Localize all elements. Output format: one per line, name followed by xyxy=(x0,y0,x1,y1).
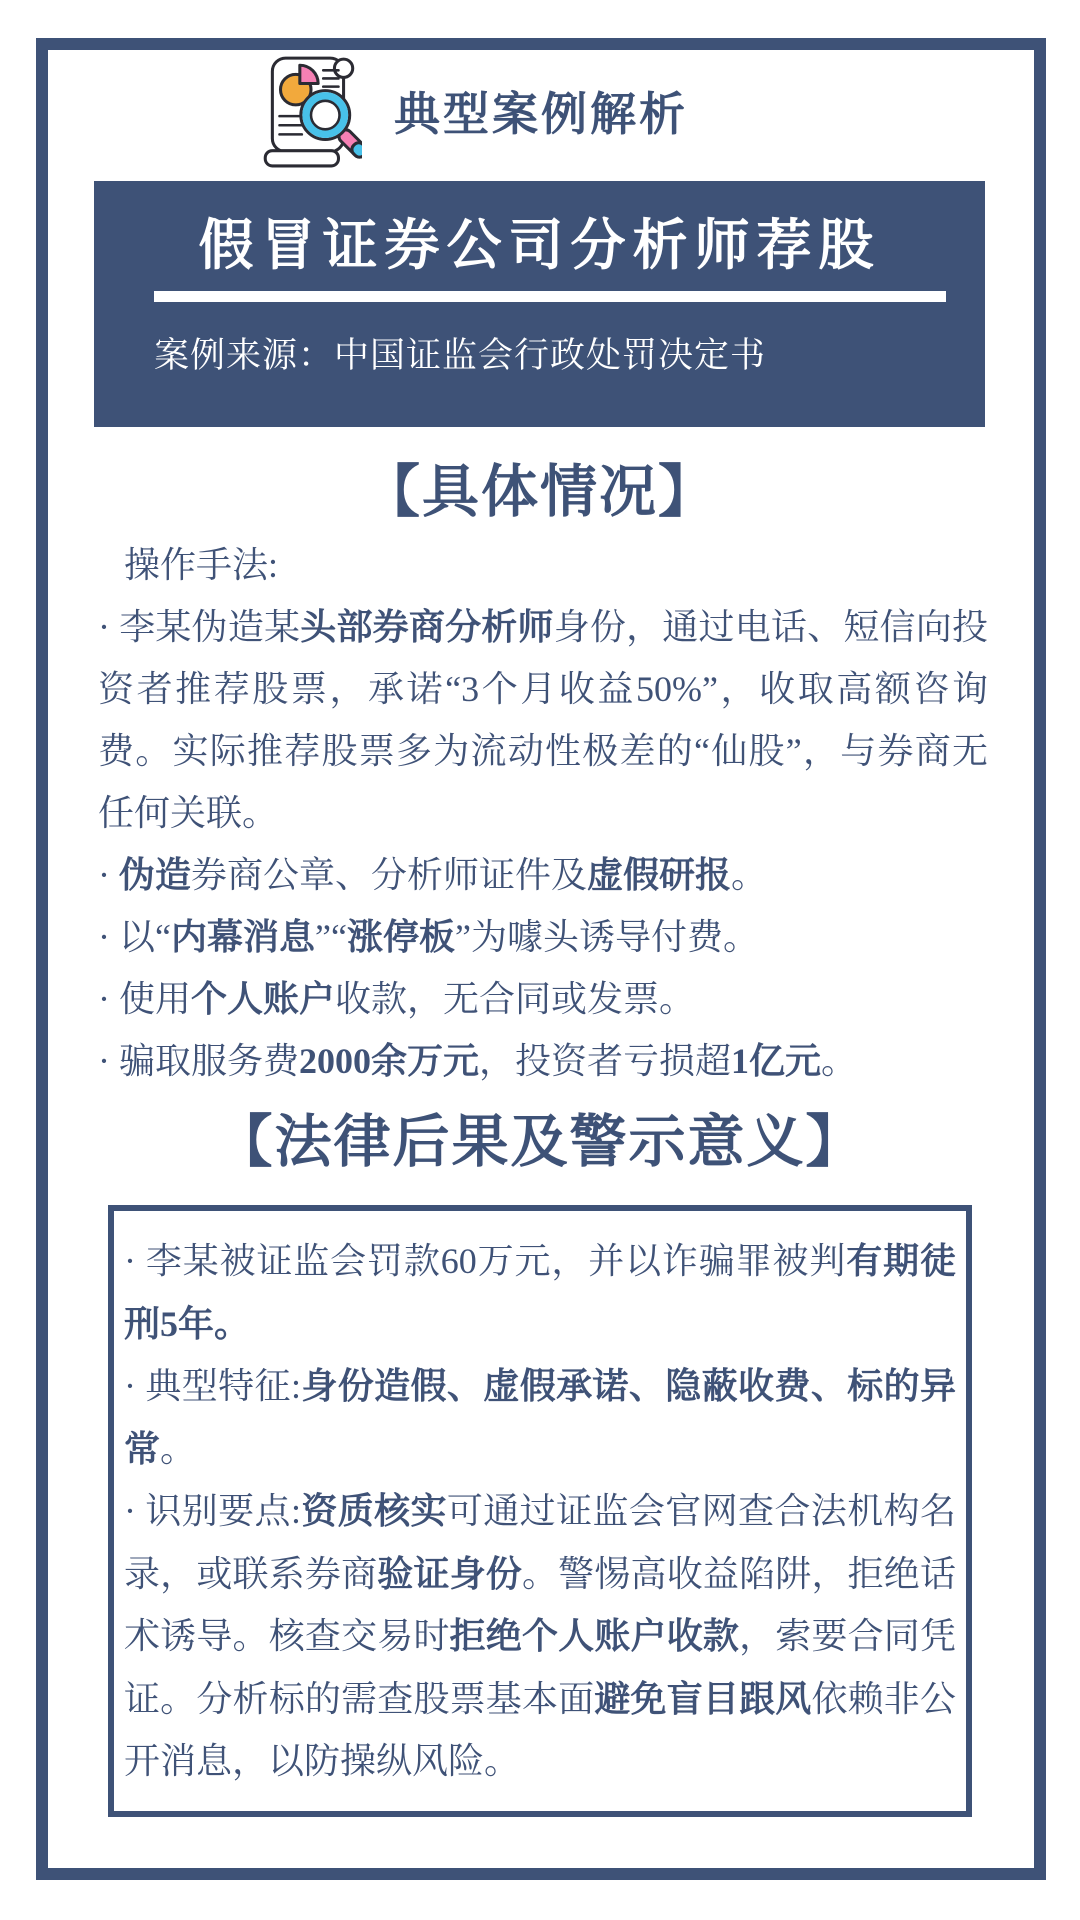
legal-box: · 李某被证监会罚款60万元，并以诈骗罪被判有期徒刑5年。 · 典型特征:身份造… xyxy=(108,1205,972,1817)
details-bullet-payment: · 使用个人账户收款，无合同或发票。 xyxy=(98,968,988,1030)
case-source: 案例来源：中国证监会行政处罚决定书 xyxy=(154,328,766,378)
legal-bullet-penalty: · 李某被证监会罚款60万元，并以诈骗罪被判有期徒刑5年。 xyxy=(124,1230,956,1355)
brand-title: 典型案例解析 xyxy=(394,78,688,144)
header-divider xyxy=(154,291,946,302)
details-bullet-identity: · 李某伪造某头部券商分析师身份，通过电话、短信向投资者推荐股票，承诺“3个月收… xyxy=(98,596,988,844)
case-title: 假冒证券公司分析师荐股 xyxy=(94,201,985,280)
scroll-curl xyxy=(334,59,352,77)
legal-bullet-traits: · 典型特征:身份造假、虚假承诺、隐蔽收费、标的异常。 xyxy=(124,1355,956,1480)
section-heading-legal: 【法律后果及警示意义】 xyxy=(0,1096,1080,1178)
details-bullet-losses: · 骗取服务费2000余万元，投资者亏损超1亿元。 xyxy=(98,1030,988,1092)
document-magnifier-chart-icon xyxy=(258,52,362,170)
details-intro: 操作手法: xyxy=(98,534,988,596)
brand-lockup: 典型案例解析 xyxy=(258,52,688,170)
case-header: 假冒证券公司分析师荐股 案例来源：中国证监会行政处罚决定书 xyxy=(94,181,985,427)
section-heading-details: 【具体情况】 xyxy=(0,446,1080,528)
details-bullet-bait: · 以“内幕消息”“涨停板”为噱头诱导付费。 xyxy=(98,906,988,968)
legal-bullet-tips: · 识别要点:资质核实可通过证监会官网查合法机构名录，或联系券商验证身份。警惕高… xyxy=(124,1480,956,1793)
details-bullet-forgery: · 伪造券商公章、分析师证件及虚假研报。 xyxy=(98,844,988,906)
case-analysis-poster: 典型案例解析 假冒证券公司分析师荐股 案例来源：中国证监会行政处罚决定书 【具体… xyxy=(0,0,1080,1920)
scroll-stand xyxy=(265,151,338,166)
details-section: 操作手法: · 李某伪造某头部券商分析师身份，通过电话、短信向投资者推荐股票，承… xyxy=(98,534,988,1092)
magnifier-lens xyxy=(301,91,350,140)
